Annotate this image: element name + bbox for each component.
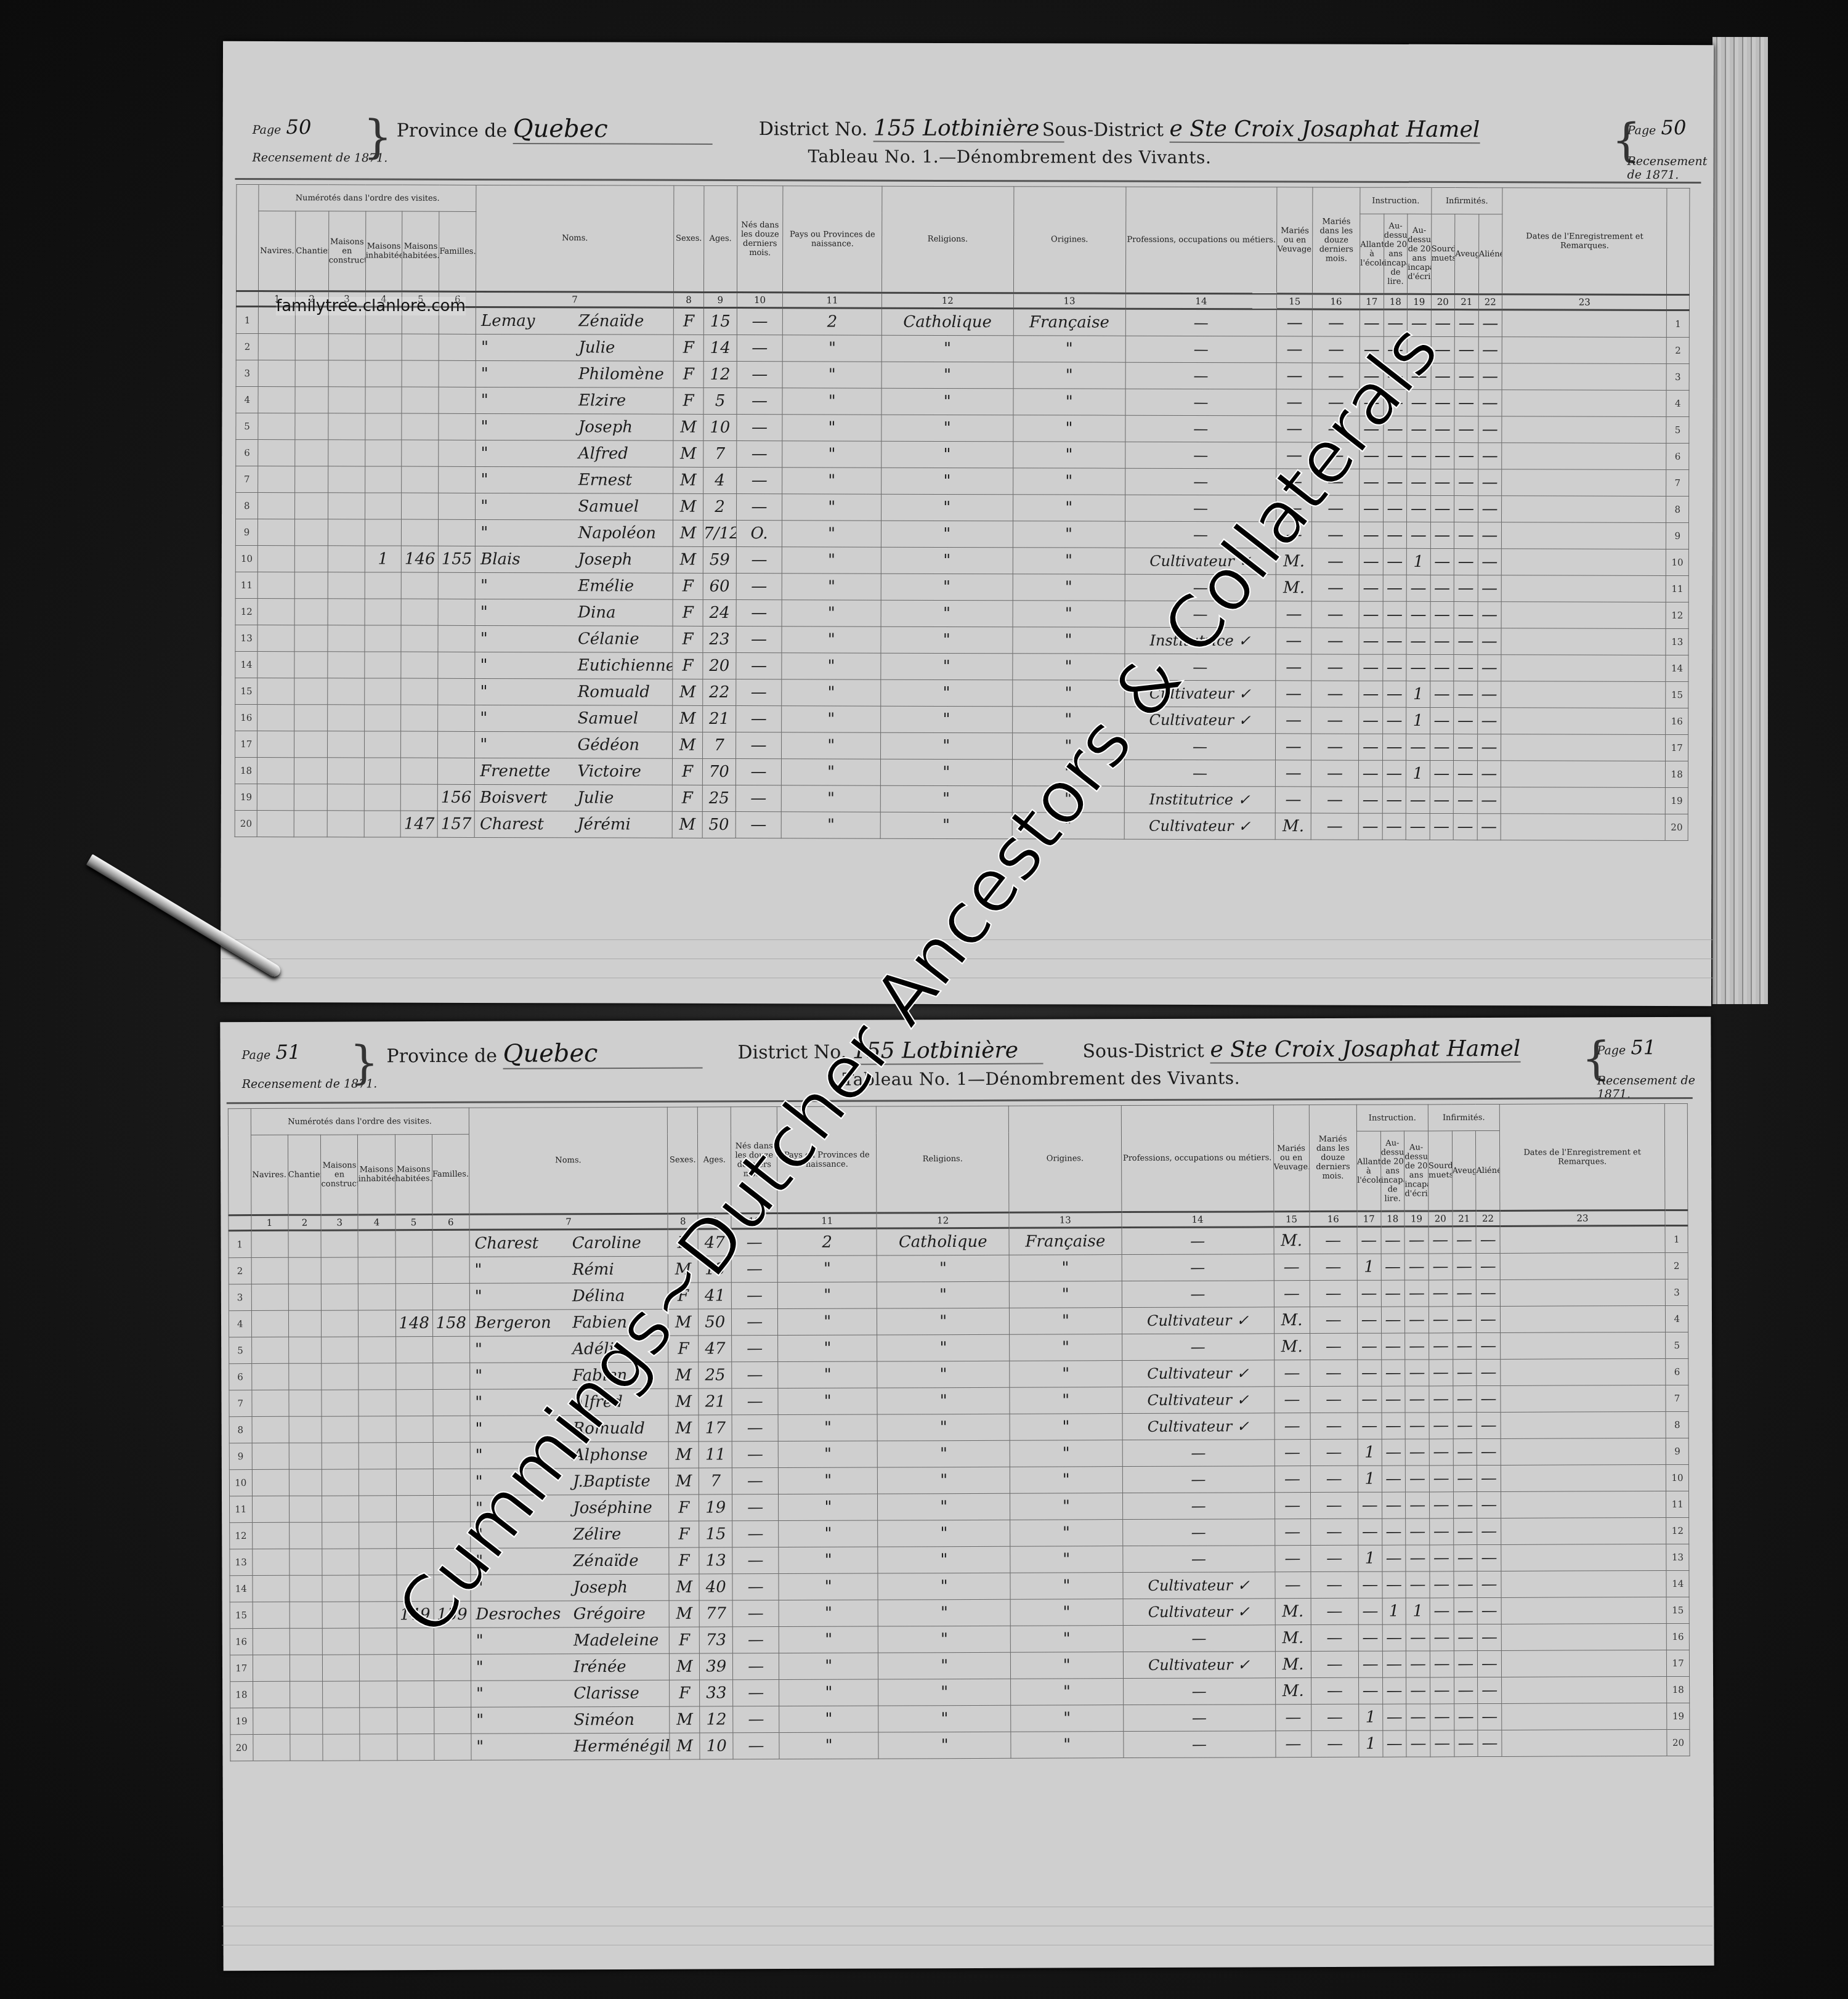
- cell-blind: —: [1453, 1333, 1477, 1360]
- column-header-19: Au-dessus de 20 ans incapables d'écrire.: [1408, 214, 1432, 294]
- cell-sex: F: [672, 758, 702, 785]
- num-corner-right: [1667, 294, 1690, 310]
- cell-remarks: [1500, 1332, 1666, 1360]
- cell-deaf-mute: —: [1430, 522, 1454, 548]
- table-row: 19156Boisvert JulieF25—"""Institutrice ✓…: [235, 784, 1688, 814]
- cell-blind: —: [1454, 761, 1478, 787]
- cell-navires: [258, 519, 295, 545]
- line-number-right: 15: [1666, 1597, 1689, 1623]
- cell-illiterate-read: —: [1382, 1677, 1406, 1704]
- cell-married: —: [1275, 1731, 1311, 1758]
- page-label: Page: [241, 1048, 270, 1062]
- cell-illiterate-read: —: [1383, 628, 1407, 654]
- cell-birthplace: ": [782, 812, 881, 838]
- line-number-right: 8: [1666, 1411, 1688, 1438]
- cell-married: —: [1277, 336, 1313, 363]
- cell-religion: ": [881, 362, 1013, 389]
- cell-insane: —: [1477, 1306, 1501, 1332]
- cell-blind: —: [1454, 469, 1478, 496]
- cell-insane: —: [1478, 1650, 1502, 1677]
- column-header-15: Mariés ou en Veuvage.: [1277, 187, 1313, 294]
- column-number-13: 13: [1013, 293, 1125, 309]
- column-number-14: 14: [1125, 293, 1277, 309]
- site-watermark: familytree.clanlore.com: [276, 297, 466, 315]
- given-name: Irénée: [573, 1658, 626, 1676]
- given-name: Madeleine: [573, 1631, 659, 1650]
- column-number-11: 11: [783, 293, 881, 308]
- cell-maisons-construction: [322, 1337, 359, 1363]
- surname: ": [476, 1658, 569, 1677]
- column-header-5: Maisons habitées.: [395, 1135, 432, 1215]
- column-number-9: 9: [704, 292, 737, 307]
- cell-married: M.: [1274, 1334, 1310, 1360]
- page-stack-edge: [1712, 37, 1768, 1004]
- cell-navires: [252, 1549, 289, 1575]
- table-row: 101146155Blais JosephM59—"""Cultivateur …: [235, 545, 1688, 575]
- cell-illiterate-write: —: [1406, 1492, 1430, 1519]
- cell-married: M.: [1275, 1678, 1311, 1705]
- cell-maisons-habitees: [401, 599, 438, 625]
- cell-age: 19: [699, 1494, 732, 1521]
- header-rule: [235, 178, 1701, 184]
- column-header-23: Dates de l'Enregistrement et Remarques.: [1502, 188, 1668, 295]
- cell-origin: ": [1010, 1546, 1123, 1573]
- page-label: Page: [1597, 1044, 1626, 1057]
- column-header-11: Pays ou Provinces de naissance.: [783, 186, 882, 293]
- cell-maisons-inhabitees: [359, 1390, 395, 1416]
- line-number-right: 16: [1666, 708, 1688, 734]
- given-name: Zélire: [573, 1525, 621, 1544]
- cell-married: M.: [1274, 1227, 1310, 1254]
- cell-married: —: [1277, 363, 1313, 389]
- cell-maisons-inhabitees: [365, 519, 402, 546]
- cell-insane: —: [1477, 655, 1501, 681]
- cell-birthplace: ": [782, 732, 881, 759]
- cell-remarks: [1501, 1597, 1667, 1624]
- cell-maisons-inhabitees: [359, 1522, 396, 1549]
- cell-married: —: [1275, 1440, 1310, 1466]
- page-number: 50: [286, 115, 312, 139]
- cell-maisons-habitees: [397, 1734, 434, 1761]
- cell-illiterate-read: —: [1383, 575, 1407, 601]
- cell-deaf-mute: —: [1429, 1360, 1453, 1386]
- cell-born-12m: —: [736, 653, 782, 679]
- cell-deaf-mute: —: [1430, 1624, 1454, 1651]
- cell-navires: [252, 1443, 289, 1469]
- cell-maisons-inhabitees: [365, 599, 402, 625]
- cell-sex: M: [668, 1415, 699, 1441]
- cell-sex: M: [669, 1653, 700, 1680]
- line-number: 17: [235, 731, 257, 757]
- surname: ": [475, 1340, 567, 1359]
- cell-chantiers: [289, 1443, 322, 1469]
- cell-profession: —: [1124, 760, 1276, 787]
- district-field: District No. 155 Lotbinière: [759, 115, 1064, 141]
- cell-profession: —: [1122, 1546, 1275, 1573]
- province-field: Province de Quebec: [397, 115, 713, 144]
- cell-name: " Clarisse: [471, 1680, 669, 1707]
- table-row: 8" SamuelM2—"""—————————8: [236, 492, 1689, 522]
- cell-married: —: [1274, 1281, 1310, 1307]
- cell-illiterate-read: —: [1382, 760, 1406, 787]
- cell-married-12m: —: [1310, 1307, 1357, 1333]
- cell-insane: —: [1477, 1332, 1501, 1359]
- cell-maisons-inhabitees: [358, 1230, 395, 1257]
- cell-insane: —: [1476, 1279, 1500, 1306]
- cell-sex: F: [673, 335, 703, 361]
- line-number-right: 12: [1666, 1517, 1689, 1544]
- cell-remarks: [1501, 1465, 1666, 1492]
- cell-maisons-habitees: [395, 1390, 432, 1416]
- cell-religion: ": [877, 1414, 1010, 1441]
- cell-married-12m: —: [1311, 760, 1359, 787]
- cell-illiterate-write: —: [1405, 1360, 1429, 1386]
- cell-maisons-construction: [322, 1522, 359, 1549]
- cell-insane: —: [1478, 310, 1502, 337]
- cell-maisons-inhabitees: [364, 731, 401, 758]
- surname: ": [475, 1287, 567, 1306]
- cell-age: 21: [703, 705, 736, 732]
- table-row: 15" RomualdM22—"""Cultivateur ✓————1———1…: [235, 678, 1688, 708]
- cell-married-12m: —: [1311, 1677, 1358, 1704]
- cell-familles: [432, 1283, 469, 1310]
- cell-navires: [259, 333, 296, 360]
- cell-familles: [433, 1416, 470, 1442]
- cell-born-12m: —: [736, 812, 782, 838]
- cell-married: —: [1275, 1466, 1310, 1493]
- column-header-21: Aveugles.: [1452, 1131, 1476, 1211]
- cell-blind: —: [1453, 814, 1477, 840]
- given-name: Jérémi: [577, 815, 631, 833]
- surname: Charest: [480, 815, 572, 833]
- column-header-19: Au-dessus de 20 ans incapables d'écrire.: [1404, 1131, 1429, 1211]
- cell-navires: [257, 598, 294, 625]
- cell-remarks: [1501, 761, 1665, 788]
- column-header-7: Noms.: [476, 185, 674, 292]
- page-number-right: Page 51: [1597, 1036, 1656, 1059]
- given-name: Romuald: [578, 683, 650, 701]
- cell-married: —: [1276, 787, 1311, 813]
- cell-illiterate-read: —: [1382, 787, 1406, 813]
- cell-married-12m: —: [1310, 1492, 1358, 1519]
- column-number-21: 21: [1452, 1211, 1476, 1227]
- group-infirmities-header: Infirmités.: [1431, 187, 1502, 214]
- cell-school: —: [1358, 1651, 1382, 1677]
- surname: ": [480, 603, 573, 622]
- cell-insane: —: [1477, 1438, 1501, 1465]
- cell-maisons-inhabitees: [359, 1363, 395, 1390]
- cell-familles: [432, 1336, 469, 1363]
- cell-married-12m: —: [1311, 1730, 1358, 1757]
- cell-chantiers: [294, 731, 328, 758]
- table-row: 7" ErnestM4—"""—————————7: [236, 466, 1689, 496]
- cell-birthplace: ": [782, 494, 881, 521]
- cell-sex: F: [669, 1547, 700, 1574]
- cell-navires: [252, 1575, 289, 1602]
- cell-illiterate-write: 1: [1406, 1598, 1430, 1624]
- cell-maisons-construction: [322, 1469, 359, 1496]
- cell-name: Blais Joseph: [476, 546, 673, 573]
- cell-insane: —: [1478, 1703, 1502, 1730]
- cell-familles: [439, 440, 476, 466]
- cell-origin: ": [1013, 548, 1125, 574]
- cell-maisons-habitees: [396, 1416, 433, 1443]
- cell-name: " Célanie: [475, 625, 673, 652]
- given-name: Samuel: [578, 709, 639, 728]
- cell-insane: —: [1478, 496, 1502, 522]
- cell-remarks: [1500, 1306, 1666, 1333]
- cell-chantiers: [289, 1522, 322, 1549]
- cell-illiterate-read: —: [1382, 1519, 1406, 1545]
- cell-chantiers: [295, 493, 328, 519]
- cell-familles: [432, 1363, 469, 1389]
- cell-religion: ": [881, 335, 1013, 362]
- surname: ": [481, 391, 573, 410]
- cell-sex: M: [668, 1468, 699, 1494]
- cell-maisons-inhabitees: [365, 440, 402, 466]
- cell-birthplace: 2: [783, 308, 882, 335]
- column-header-15: Mariés ou en Veuvage.: [1273, 1105, 1310, 1212]
- cell-born-12m: —: [736, 785, 782, 812]
- cell-sex: F: [673, 599, 703, 626]
- cell-profession: Cultivateur ✓: [1122, 1360, 1274, 1387]
- cell-blind: —: [1454, 310, 1478, 337]
- line-number: 4: [229, 1311, 251, 1337]
- cell-maisons-construction: [323, 1708, 360, 1734]
- cell-deaf-mute: —: [1431, 389, 1455, 416]
- cell-origin: ": [1013, 415, 1125, 442]
- column-header-2: Chantiers.: [288, 1135, 321, 1215]
- cell-sex: F: [673, 626, 703, 652]
- line-number: 10: [229, 1470, 252, 1496]
- given-name: Ernest: [578, 471, 632, 489]
- cell-religion: ": [880, 785, 1012, 813]
- cell-illiterate-read: —: [1381, 1360, 1405, 1386]
- cell-religion: ": [878, 1732, 1011, 1759]
- cell-maisons-habitees: [402, 360, 439, 387]
- ghost-rows-bottom: [222, 1888, 1712, 1962]
- cell-illiterate-read: —: [1382, 1624, 1406, 1651]
- cell-married-12m: —: [1311, 1704, 1358, 1730]
- cell-maisons-construction: [328, 440, 365, 466]
- cell-blind: —: [1454, 337, 1478, 363]
- table-row: 5" JosephM10—"""—————————5: [236, 413, 1689, 443]
- cell-profession: —: [1123, 1625, 1275, 1652]
- column-header-22: Aliénés.: [1476, 1130, 1500, 1210]
- cell-insane: —: [1477, 734, 1501, 761]
- line-number: 1: [236, 306, 258, 333]
- cell-age: 70: [703, 758, 736, 785]
- cell-navires: [252, 1496, 289, 1522]
- cell-maisons-habitees: 146: [402, 546, 439, 572]
- cell-maisons-inhabitees: [360, 1655, 397, 1681]
- given-name: Victoire: [577, 762, 641, 781]
- line-number: 14: [230, 1576, 253, 1602]
- line-number: 15: [235, 678, 257, 704]
- cell-navires: [258, 545, 295, 572]
- cell-origin: ": [1010, 1387, 1122, 1414]
- cell-chantiers: [295, 413, 328, 440]
- cell-profession: Cultivateur ✓: [1123, 1599, 1275, 1626]
- given-name: Siméon: [573, 1711, 634, 1729]
- cell-school: —: [1358, 1571, 1382, 1598]
- cell-familles: [438, 731, 475, 758]
- cell-illiterate-write: —: [1406, 1677, 1430, 1704]
- line-number: 20: [235, 810, 257, 837]
- cell-navires: [257, 625, 294, 651]
- cell-insane: —: [1477, 1597, 1501, 1624]
- cell-blind: —: [1454, 549, 1478, 575]
- line-number-right: 1: [1667, 310, 1690, 337]
- cell-religion: ": [881, 415, 1013, 442]
- cell-name: Desroches Grégoire: [471, 1600, 669, 1628]
- cell-remarks: [1501, 549, 1666, 576]
- cell-illiterate-read: —: [1382, 1730, 1406, 1757]
- surname: ": [480, 656, 573, 675]
- table-row: 4" ElzireF5—"""—————————4: [236, 386, 1689, 416]
- cell-deaf-mute: —: [1429, 1386, 1453, 1413]
- line-number-right: 2: [1667, 337, 1690, 363]
- cell-maisons-inhabitees: [359, 1284, 395, 1310]
- cell-origin: ": [1013, 362, 1125, 389]
- group-instruction-header: Instruction.: [1360, 187, 1432, 214]
- cell-illiterate-read: 1: [1382, 1598, 1406, 1624]
- cell-origin: ": [1010, 1467, 1122, 1494]
- cell-chantiers: [295, 440, 328, 466]
- cell-birthplace: ": [782, 626, 881, 653]
- cell-familles: [438, 599, 475, 625]
- cell-birthplace: ": [782, 653, 881, 679]
- cell-insane: —: [1478, 1730, 1502, 1756]
- cell-born-12m: —: [736, 679, 782, 706]
- cell-born-12m: —: [733, 1706, 779, 1733]
- cell-insane: —: [1477, 1359, 1501, 1385]
- cell-name: " Samuel: [475, 705, 673, 732]
- cell-maisons-construction: [328, 334, 365, 360]
- subdistrict-value: e Ste Croix Josaphat Hamel: [1210, 1036, 1520, 1064]
- column-number-19: 19: [1408, 294, 1432, 309]
- cell-navires: [253, 1708, 290, 1734]
- cell-illiterate-write: —: [1406, 1730, 1430, 1757]
- cell-blind: —: [1454, 390, 1478, 416]
- cell-school: —: [1358, 1624, 1382, 1651]
- line-number: 7: [236, 466, 258, 492]
- cell-chantiers: [290, 1681, 323, 1708]
- cell-maisons-construction: [322, 1310, 359, 1337]
- surname: ": [480, 444, 573, 463]
- cell-name: " Ernest: [476, 466, 673, 493]
- cell-illiterate-read: —: [1382, 707, 1406, 734]
- cell-insane: —: [1477, 708, 1501, 734]
- cell-navires: [253, 1628, 290, 1655]
- province-label: Province de: [386, 1045, 497, 1068]
- cell-married-12m: —: [1310, 1545, 1358, 1571]
- surname: ": [481, 338, 573, 357]
- line-number-right: 12: [1666, 602, 1688, 628]
- cell-blind: —: [1454, 522, 1478, 549]
- column-number-17: 17: [1360, 294, 1384, 309]
- cell-deaf-mute: —: [1430, 1677, 1454, 1704]
- cell-married: —: [1275, 1546, 1310, 1572]
- cell-deaf-mute: —: [1430, 654, 1454, 681]
- cell-familles: [439, 493, 476, 519]
- cell-age: 20: [703, 652, 736, 679]
- cell-profession: —: [1123, 1705, 1275, 1732]
- cell-sex: M: [668, 1441, 699, 1468]
- cell-religion: ": [880, 732, 1012, 760]
- cell-familles: [439, 466, 476, 493]
- cell-maisons-inhabitees: [360, 1708, 397, 1734]
- cell-profession: —: [1125, 362, 1277, 389]
- cell-navires: [257, 757, 294, 784]
- header-rule: [227, 1097, 1693, 1104]
- cell-illiterate-write: —: [1406, 734, 1430, 760]
- cell-sex: F: [673, 361, 703, 387]
- line-number: 11: [235, 572, 257, 598]
- num-corner: [229, 1215, 251, 1231]
- cell-school: —: [1358, 1492, 1382, 1519]
- cell-birthplace: ": [782, 547, 881, 574]
- cell-school: —: [1360, 522, 1384, 548]
- cell-deaf-mute: —: [1429, 1280, 1453, 1307]
- cell-married-12m: —: [1311, 575, 1359, 601]
- cell-born-12m: —: [736, 547, 782, 574]
- cell-illiterate-read: —: [1382, 1413, 1406, 1439]
- cell-navires: [258, 413, 295, 439]
- cell-maisons-construction: [327, 705, 364, 731]
- cell-remarks: [1501, 681, 1666, 708]
- cell-maisons-inhabitees: [365, 413, 402, 440]
- cell-maisons-habitees: 147: [401, 811, 438, 837]
- column-number-23: 23: [1502, 294, 1667, 310]
- cell-remarks: [1501, 1385, 1666, 1413]
- cell-born-12m: —: [736, 706, 782, 732]
- cell-maisons-habitees: [401, 705, 438, 731]
- table-row: 2" JulieF14—"""—————————2: [236, 333, 1689, 363]
- cell-illiterate-read: —: [1382, 813, 1406, 840]
- cell-school: —: [1358, 1598, 1382, 1624]
- cell-familles: 158: [432, 1310, 469, 1336]
- column-header-18: Au-dessus de 20 ans incapables de lire.: [1380, 1131, 1404, 1211]
- cell-navires: [251, 1230, 288, 1257]
- cell-birthplace: ": [782, 785, 881, 812]
- group-visits-header: Numérotés dans l'ordre des visites.: [259, 184, 476, 211]
- cell-illiterate-write: —: [1406, 654, 1430, 681]
- surname: ": [475, 1260, 567, 1279]
- cell-remarks: [1500, 1226, 1666, 1254]
- cell-navires: [258, 492, 295, 519]
- cell-birthplace: ": [782, 574, 881, 600]
- cell-religion: ": [881, 521, 1013, 548]
- cell-illiterate-write: —: [1406, 1545, 1430, 1571]
- subdistrict-value: e Ste Croix Josaphat Hamel: [1170, 116, 1480, 144]
- cell-religion: ": [878, 1652, 1011, 1679]
- cell-illiterate-read: —: [1382, 1651, 1406, 1677]
- cell-origin: ": [1011, 1732, 1124, 1759]
- cell-born-12m: —: [736, 574, 782, 600]
- cell-maisons-habitees: [401, 758, 438, 784]
- line-number: 5: [236, 413, 258, 439]
- line-number: 16: [235, 704, 257, 731]
- cell-navires: [258, 360, 295, 386]
- cell-remarks: [1501, 655, 1666, 682]
- table-title: Tableau No. 1—Dénombrement des Vivants.: [843, 1068, 1241, 1089]
- cell-married: —: [1275, 1705, 1311, 1731]
- cell-married: —: [1275, 1493, 1310, 1519]
- cell-age: 7: [699, 1468, 732, 1494]
- given-name: Samuel: [578, 497, 639, 516]
- cell-age: 50: [702, 811, 736, 838]
